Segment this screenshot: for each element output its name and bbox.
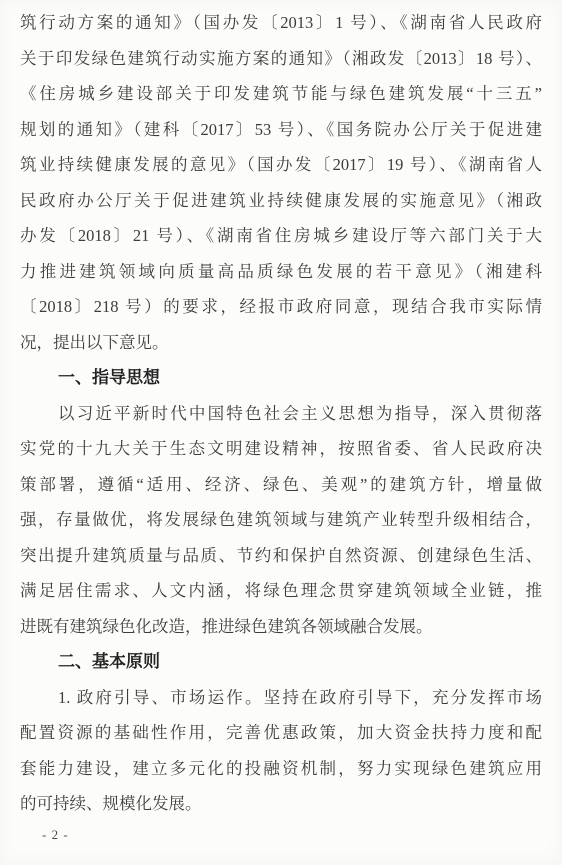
document-body: 筑行动方案的通知》（国办发〔2013〕1 号）、《湖南省人民政府 关于印发绿色建… (0, 0, 562, 843)
text-line: 筑业持续健康发展的意见》（国办发〔2017〕19 号）、《湖南省人 (20, 147, 542, 183)
section-heading-basic-principles: 二、基本原则 (20, 644, 542, 680)
text-line: 民政府办公厅关于促进建筑业持续健康发展的实施意见》（湘政 (20, 183, 542, 219)
text-line: 1. 政府引导、市场运作。坚持在政府引导下，充分发挥市场 (20, 680, 542, 716)
text-line: 力推进建筑领域向质量高品质绿色发展的若干意见》（湘建科 (20, 254, 542, 290)
text-line: 突出提升建筑质量与品质、节约和保护自然资源、创建绿色生活、 (20, 538, 542, 574)
text-line: 办发〔2018〕21 号）、《湖南省住房城乡建设厅等六部门关于大 (20, 218, 542, 254)
document-page: 筑行动方案的通知》（国办发〔2013〕1 号）、《湖南省人民政府 关于印发绿色建… (0, 0, 562, 865)
text-line: 策部署，遵循“适用、经济、绿色、美观”的建筑方针，增量做 (20, 467, 542, 503)
text-line: 规划的通知》（建科〔2017〕53 号）、《国务院办公厅关于促进建 (20, 112, 542, 148)
page-number: - 2 - (20, 827, 542, 843)
text-line: 满足居住需求、人文内涵，将绿色理念贯穿建筑领域全业链，推 (20, 573, 542, 609)
text-line: 以习近平新时代中国特色社会主义思想为指导，深入贯彻落 (20, 396, 542, 432)
text-line: 况，提出以下意见。 (20, 325, 542, 361)
text-line: 〔2018〕218 号）的要求，经报市政府同意，现结合我市实际情 (20, 289, 542, 325)
text-line: 进既有建筑绿色化改造，推进绿色建筑各领域融合发展。 (20, 609, 542, 645)
section-heading-guiding-ideology: 一、指导思想 (20, 360, 542, 396)
text-line: 关于印发绿色建筑行动实施方案的通知》（湘政发〔2013〕18 号）、 (20, 41, 542, 77)
text-line: 强，存量做优，将发展绿色建筑领域与建筑产业转型升级相结合， (20, 502, 542, 538)
text-line: 实党的十九大关于生态文明建设精神，按照省委、省人民政府决 (20, 431, 542, 467)
text-line: 《住房城乡建设部关于印发建筑节能与绿色建筑发展“十三五” (20, 76, 542, 112)
text-line: 套能力建设，建立多元化的投融资机制，努力实现绿色建筑应用 (20, 751, 542, 787)
text-line: 的可持续、规模化发展。 (20, 786, 542, 822)
text-line: 配置资源的基础性作用，完善优惠政策，加大资金扶持力度和配 (20, 715, 542, 751)
text-line: 筑行动方案的通知》（国办发〔2013〕1 号）、《湖南省人民政府 (20, 5, 542, 41)
